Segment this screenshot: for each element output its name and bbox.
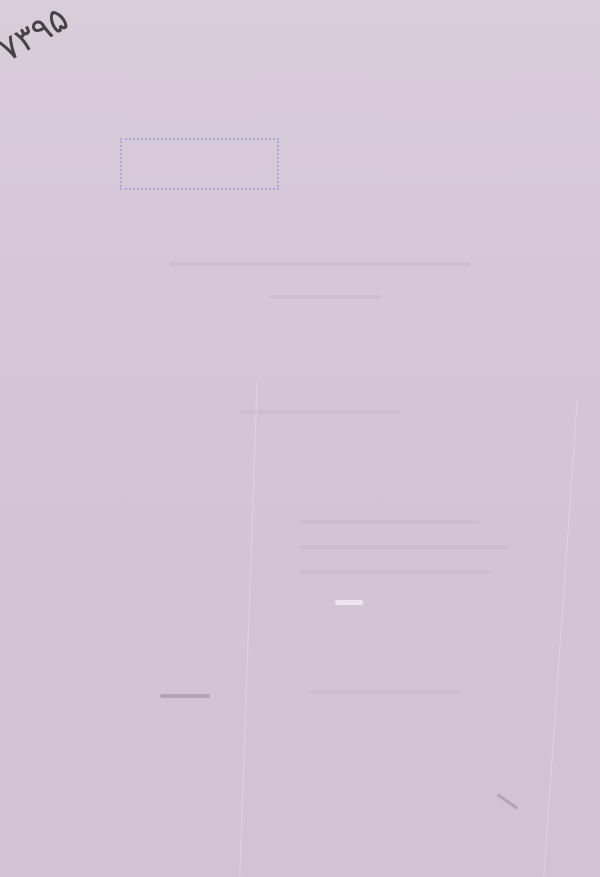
scanned-page: ۷۳۹۵ — [0, 0, 600, 877]
paper-crease — [239, 380, 257, 877]
show-through-line — [240, 410, 400, 414]
show-through-line — [300, 520, 480, 524]
show-through-line — [300, 570, 490, 574]
paper-crease — [543, 401, 577, 877]
faded-stamp — [120, 138, 279, 190]
smudge-mark — [160, 694, 210, 698]
show-through-line — [270, 295, 380, 299]
handwritten-number: ۷۳۹۵ — [0, 0, 75, 70]
smudge-mark — [496, 793, 518, 810]
show-through-line — [300, 545, 510, 549]
show-through-line — [310, 690, 460, 694]
show-through-line — [170, 262, 470, 266]
white-spot — [335, 600, 363, 605]
